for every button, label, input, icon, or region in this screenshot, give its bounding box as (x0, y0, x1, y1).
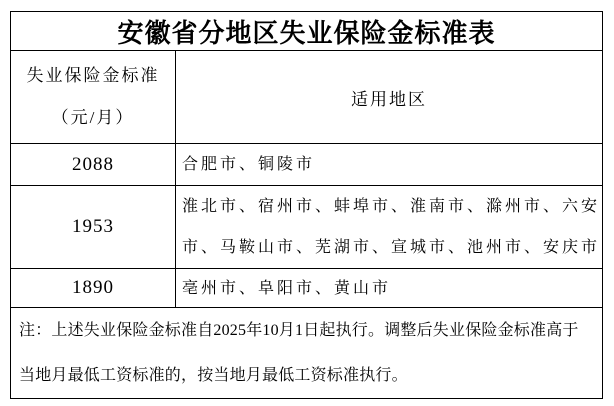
table-title: 安徽省分地区失业保险金标准表 (11, 12, 602, 51)
regions-cell: 合肥市、铜陵市 (176, 144, 602, 185)
regions-cell: 淮北市、宿州市、蚌埠市、淮南市、滁州市、六安市、马鞍山市、芜湖市、宣城市、池州市… (176, 186, 602, 268)
standard-value: 1890 (11, 269, 176, 307)
header-standard-cell: 失业保险金标准 （元/月） (11, 51, 176, 143)
standard-value: 2088 (11, 144, 176, 185)
table-row: 2088 合肥市、铜陵市 (11, 144, 602, 186)
regions-cell: 亳州市、阜阳市、黄山市 (176, 269, 602, 307)
header-standard-line2: （元/月） (52, 97, 135, 139)
regions-value: 亳州市、阜阳市、黄山市 (182, 268, 391, 309)
table-row: 1890 亳州市、阜阳市、黄山市 (11, 269, 602, 308)
regions-value: 淮北市、宿州市、蚌埠市、淮南市、滁州市、六安市、马鞍山市、芜湖市、宣城市、池州市… (182, 186, 602, 268)
table-row: 1953 淮北市、宿州市、蚌埠市、淮南市、滁州市、六安市、马鞍山市、芜湖市、宣城… (11, 186, 602, 269)
standard-value: 1953 (11, 186, 176, 268)
unemployment-insurance-table: 安徽省分地区失业保险金标准表 失业保险金标准 （元/月） 适用地区 2088 合… (10, 11, 603, 399)
table-note: 注：上述失业保险金标准自2025年10月1日起执行。调整后失业保险金标准高于当地… (11, 308, 602, 398)
regions-value: 合肥市、铜陵市 (182, 144, 315, 185)
document-page: 安徽省分地区失业保险金标准表 失业保险金标准 （元/月） 适用地区 2088 合… (0, 0, 614, 406)
header-regions-cell: 适用地区 (176, 51, 602, 143)
header-standard-line1: 失业保险金标准 (27, 55, 160, 97)
table-header-row: 失业保险金标准 （元/月） 适用地区 (11, 51, 602, 144)
